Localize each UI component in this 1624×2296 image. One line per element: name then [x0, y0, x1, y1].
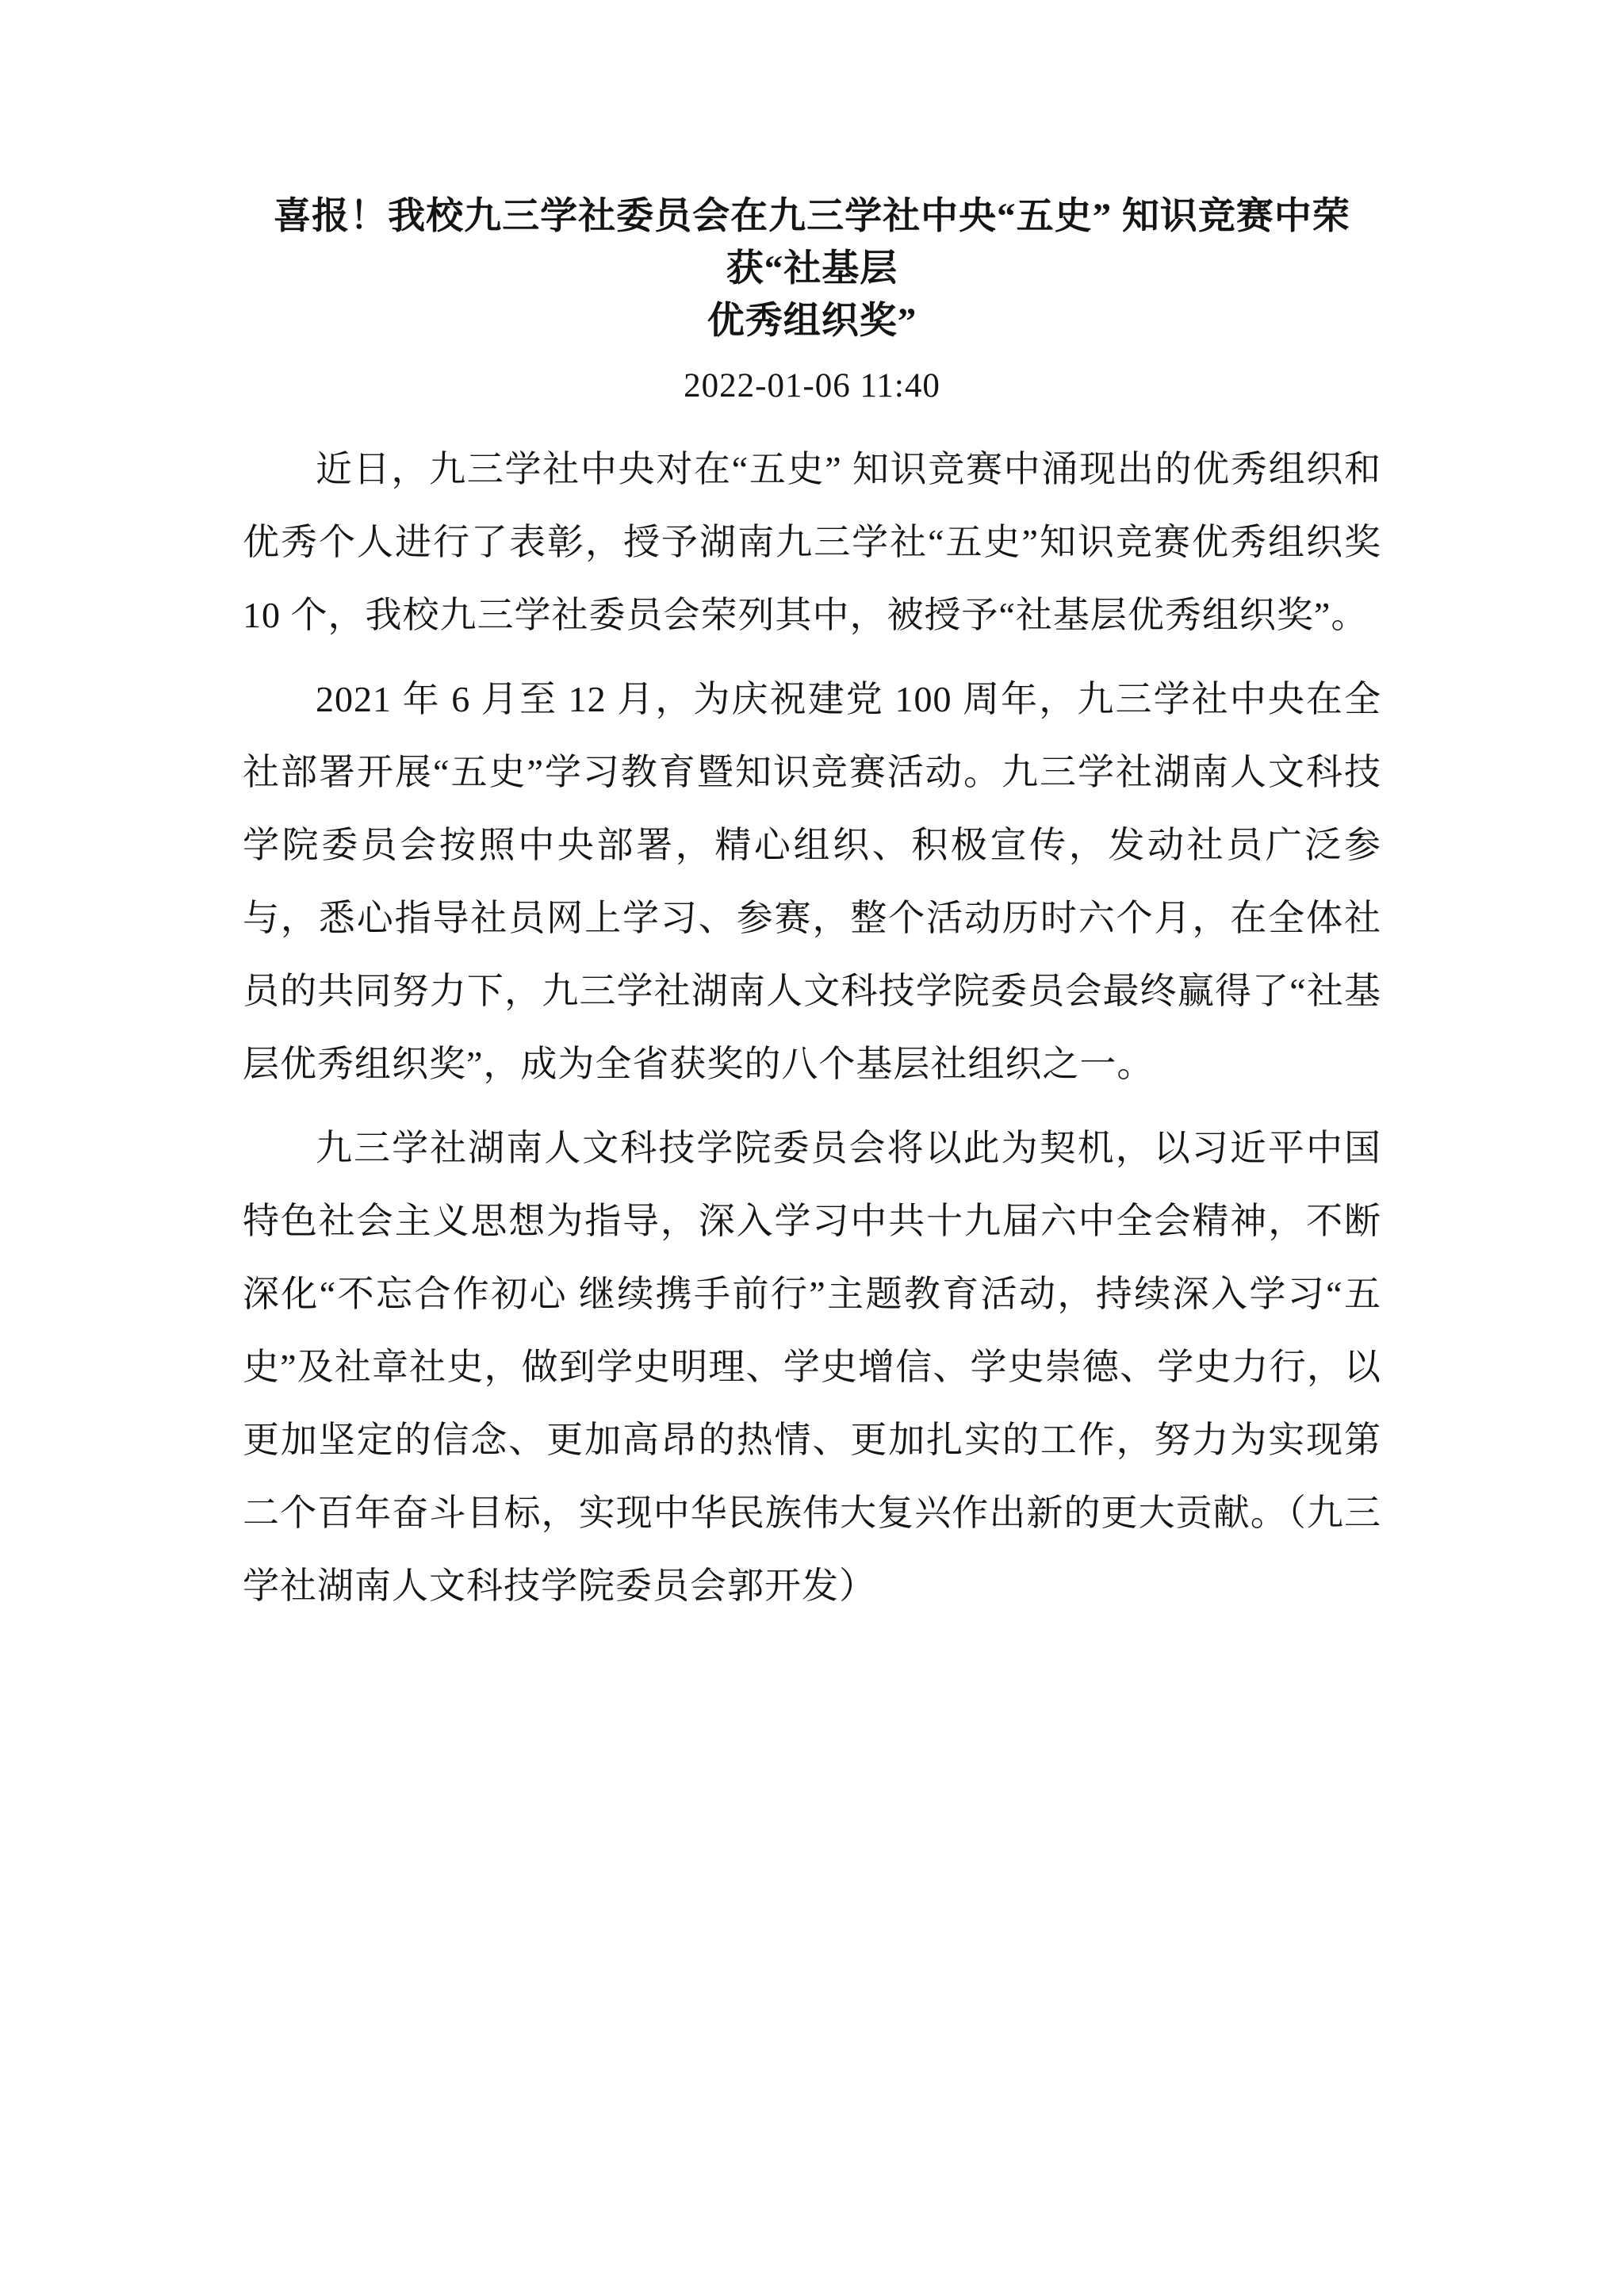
article-body: 近日，九三学社中央对在“五史” 知识竞赛中涌现出的优秀组织和优秀个人进行了表彰，…	[243, 433, 1381, 1623]
article-title: 喜报！我校九三学社委员会在九三学社中央“五史” 知识竞赛中荣获“社基层 优秀组织…	[243, 190, 1381, 347]
article-title-line-1: 喜报！我校九三学社委员会在九三学社中央“五史” 知识竞赛中荣获“社基层	[243, 190, 1381, 295]
publish-datetime: 2022-01-06 11:40	[243, 366, 1381, 406]
paragraph-2: 2021 年 6 月至 12 月，为庆祝建党 100 周年，九三学社中央在全社部…	[243, 663, 1381, 1101]
document-page: 喜报！我校九三学社委员会在九三学社中央“五史” 知识竞赛中荣获“社基层 优秀组织…	[243, 190, 1381, 1623]
paragraph-1: 近日，九三学社中央对在“五史” 知识竞赛中涌现出的优秀组织和优秀个人进行了表彰，…	[243, 433, 1381, 652]
article-title-line-2: 优秀组织奖”	[243, 295, 1381, 347]
paragraph-3: 九三学社湖南人文科技学院委员会将以此为契机，以习近平中国特色社会主义思想为指导，…	[243, 1112, 1381, 1623]
